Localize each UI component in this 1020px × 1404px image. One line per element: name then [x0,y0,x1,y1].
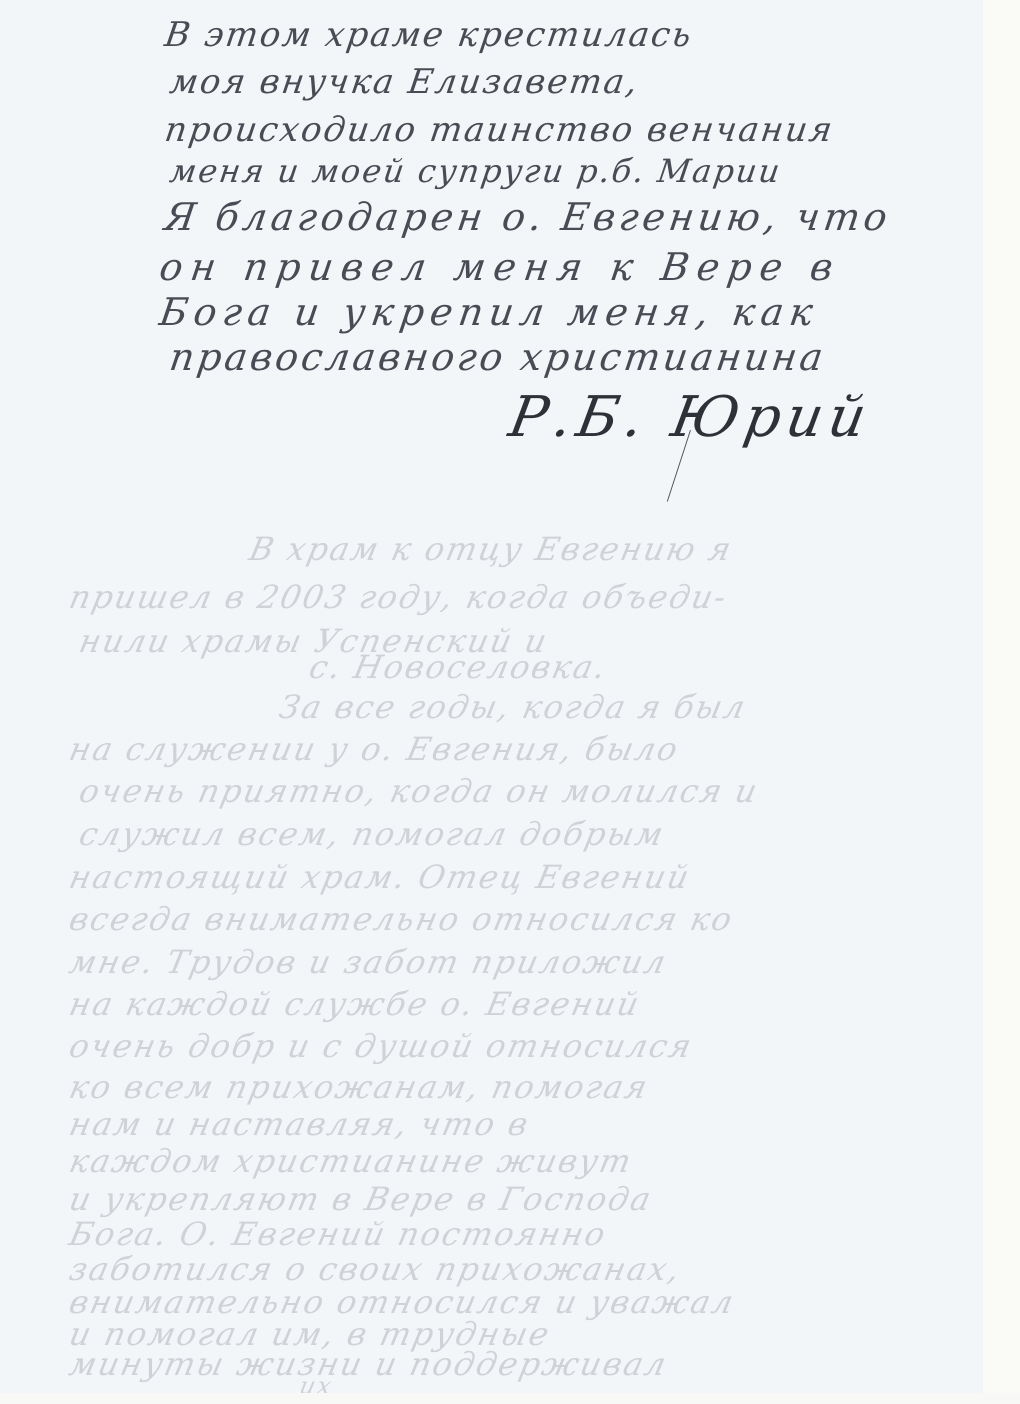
bleed-line: Бога. О. Евгений постоянно [66,1215,611,1253]
bleed-line: всегда внимательно относился ко [66,900,737,938]
bleed-line: на служении у о. Евгения, было [66,730,683,768]
bleed-line: с. Новоселовка. [306,648,611,686]
bleed-line: на каждой службе о. Евгений [66,985,644,1023]
letter-line: меня и моей супруги р.б. Марии [167,152,784,190]
bleed-line: служил всем, помогал добрым [76,815,668,853]
bleed-line: В храм к отцу Евгению я [246,530,736,568]
bleed-line: минуты жизни и поддерживал [66,1345,671,1383]
bleed-line: очень добр и с душой относился [66,1027,697,1065]
bleed-line: ко всем прихожанам, помогая [66,1068,652,1106]
bleed-line: и укрепляют в Вере в Господа [66,1180,656,1218]
signature: Р.Б. Юрий [504,385,877,450]
bleed-line: За все годы, когда я был [276,688,750,726]
bleed-line: нам и наставляя, что в [66,1105,533,1143]
letter-line: происходило таинство венчания [162,110,836,150]
letter-line: В этом храме крестилась [162,15,695,55]
letter-page: В храм к отцу Евгению я пришел в 2003 го… [0,0,983,1393]
letter-line: православного христианина [167,335,829,379]
bleed-line: пришел в 2003 году, когда объеди- [66,578,731,616]
letter-line: Бога и укрепил меня, как [157,290,822,334]
scanner-background-edge [983,0,1020,1404]
letter-line: Я благодарен о. Евгению, что [162,195,894,239]
bleed-line: каждом христианине живут [66,1142,636,1180]
scanner-background-bottom [0,1393,1020,1404]
bleed-line: мне. Трудов и забот приложил [66,943,671,981]
bleed-line: очень приятно, когда он молился и [76,772,762,810]
letter-line: он привел меня к Вере в [157,245,844,289]
letter-line: моя внучка Елизавета, [167,62,641,102]
bleed-line: настоящий храм. Отец Евгений [66,858,694,896]
